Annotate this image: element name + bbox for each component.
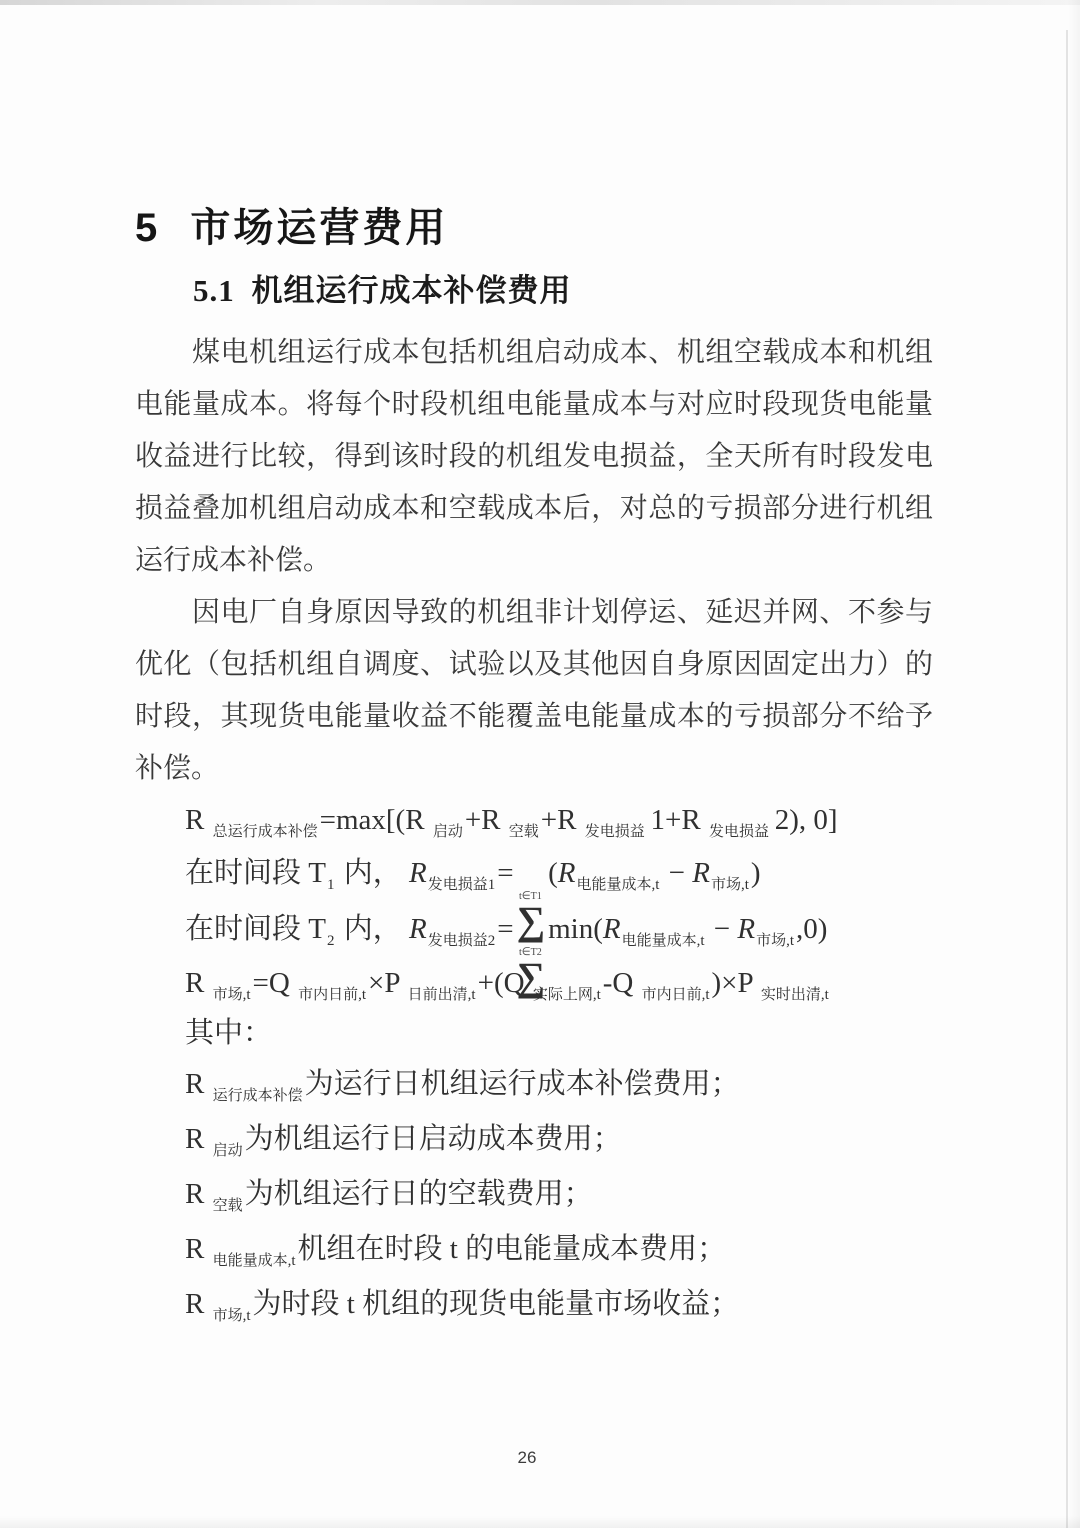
text-line: 优化（包括机组自调度、试验以及其他因自身原因固定出力）的: [135, 639, 933, 691]
formula-generation-loss-t1: 在时间段 T1 内， R发电损益1=t∈T1∑(R电能量成本,t − R市场,t…: [185, 845, 933, 901]
definition-r-market: R 市场,t为时段 t 机组的现货电能量市场收益；: [185, 1277, 933, 1332]
section-heading: 5 市场运营费用: [135, 205, 933, 251]
definition-r-noload: R 空载为机组运行日的空载费用；: [185, 1167, 933, 1222]
text-line: 补偿。: [135, 743, 933, 795]
text-line: 时段，其现货电能量收益不能覆盖电能量成本的亏损部分不给予: [135, 691, 933, 743]
subsection-heading: 5.1 机组运行成本补偿费用: [193, 271, 933, 311]
document-page: 5 市场运营费用 5.1 机组运行成本补偿费用 煤电机组运行成本包括机组启动成本…: [0, 0, 1080, 1528]
paragraph-no-compensation-cases: 因电厂自身原因导致的机组非计划停运、延迟并网、不参与 优化（包括机组自调度、试验…: [135, 587, 933, 795]
text-line: 损益叠加机组启动成本和空载成本后，对总的亏损部分进行机组: [135, 483, 933, 535]
where-label: 其中：: [185, 1009, 933, 1057]
text-line: 收益进行比较，得到该时段的机组发电损益，全天所有时段发电: [135, 431, 933, 483]
text-line: 电能量成本。将每个时段机组电能量成本与对应时段现货电能量: [135, 379, 933, 431]
formula-total-compensation: R 总运行成本补偿=max[(R 启动+R 空载+R 发电损益 1+R 发电损益…: [185, 795, 933, 845]
definition-r-startup: R 启动为机组运行日启动成本费用；: [185, 1112, 933, 1167]
definition-r-operating-cost-compensation: R 运行成本补偿为运行日机组运行成本补偿费用；: [185, 1057, 933, 1112]
text-line: 因电厂自身原因导致的机组非计划停运、延迟并网、不参与: [135, 587, 933, 639]
formula-market-revenue: R 市场,t=Q 市内日前,t×P 日前出清,t+(Q 实际上网,t-Q 市内日…: [185, 957, 933, 1009]
formula-generation-loss-t2: 在时间段 T2 内， R发电损益2=t∈T2∑min(R电能量成本,t − R市…: [185, 901, 933, 957]
text-line: 运行成本补偿。: [135, 535, 933, 587]
paragraph-unit-cost-overview: 煤电机组运行成本包括机组启动成本、机组空载成本和机组 电能量成本。将每个时段机组…: [135, 327, 933, 587]
definition-r-energy-cost: R 电能量成本,t机组在时段 t 的电能量成本费用；: [185, 1222, 933, 1277]
page-number: 26: [0, 1448, 1054, 1468]
text-line: 煤电机组运行成本包括机组启动成本、机组空载成本和机组: [135, 327, 933, 379]
